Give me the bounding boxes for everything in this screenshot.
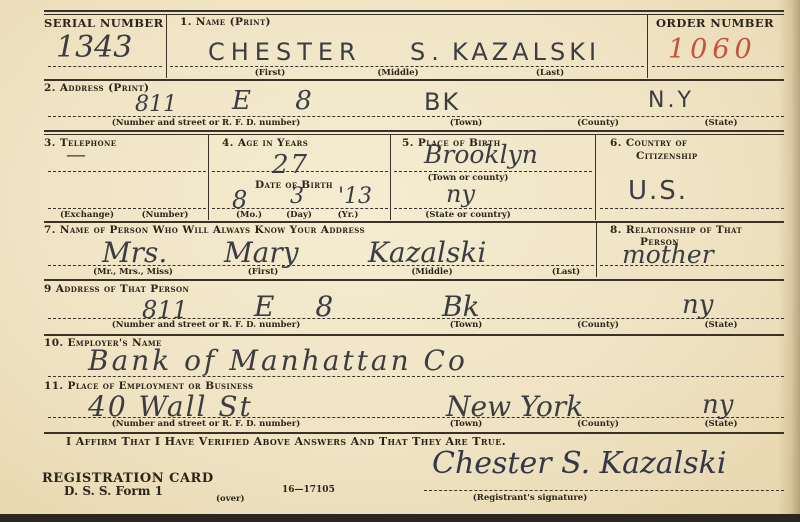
citizenship-value: U.S.: [628, 176, 688, 206]
dotted-line: [394, 171, 592, 172]
dotted-line: [48, 171, 206, 172]
street-sublabel: (Number and street or R. F. D. number): [112, 419, 301, 429]
dotted-line: [48, 208, 206, 209]
serial-number-value: 1343: [56, 30, 132, 65]
signature-line: [424, 490, 784, 491]
divider: [208, 134, 209, 220]
birth-state-value: ny: [446, 180, 475, 208]
middle-name-value: S.: [410, 38, 445, 66]
row-rule: [44, 130, 784, 132]
top-rule-inner: [44, 14, 784, 15]
form-id: D. S. S. Form 1: [64, 484, 163, 498]
serial-number-label: SERIAL NUMBER: [44, 16, 164, 30]
over-note: (over): [216, 494, 245, 504]
state-sublabel: (State): [705, 419, 738, 429]
card-bottom-edge: [0, 514, 800, 522]
signature-sublabel: (Registrant's signature): [473, 493, 587, 503]
birth-town-value: Brooklyn: [424, 140, 538, 169]
contact-person-label: 7. Name of Person Who Will Always Know Y…: [44, 224, 365, 236]
state-sublabel: (State): [705, 118, 738, 128]
title-sublabel: (Mr., Mrs., Miss): [93, 267, 173, 277]
dotted-line: [170, 66, 644, 67]
registrant-signature: Chester S. Kazalski: [432, 446, 726, 481]
year-sublabel: (Yr.): [338, 210, 359, 220]
row-rule: [44, 221, 784, 223]
registration-card: SERIAL NUMBER 1. Name (Print) ORDER NUMB…: [0, 0, 800, 516]
dotted-line: [48, 417, 784, 418]
address-town-value: BK: [424, 88, 460, 116]
first-sublabel: (First): [248, 267, 279, 277]
town-sublabel: (Town): [450, 118, 483, 128]
dotted-line: [212, 171, 388, 172]
day-sublabel: (Day): [286, 210, 312, 220]
number-sublabel: (Number): [142, 210, 189, 220]
row-rule: [44, 432, 784, 434]
month-sublabel: (Mo.): [236, 210, 262, 220]
age-value: 27: [272, 150, 309, 180]
town-sublabel: (Town): [450, 320, 483, 330]
state-sublabel: (State): [705, 320, 738, 330]
dotted-line: [48, 376, 784, 377]
address-street-value: E 8: [232, 86, 330, 116]
dotted-line: [48, 116, 784, 117]
dotted-line: [48, 318, 784, 319]
employment-state-value: ny: [702, 390, 733, 420]
town-sublabel: (Town): [450, 419, 483, 429]
county-sublabel: (County): [577, 118, 619, 128]
divider: [596, 221, 597, 277]
dotted-line: [394, 208, 592, 209]
dotted-line: [48, 265, 594, 266]
first-sublabel: (First): [255, 68, 286, 78]
top-rule: [44, 10, 784, 12]
telephone-value: —: [66, 142, 86, 166]
county-sublabel: (County): [577, 320, 619, 330]
state-or-country-sublabel: (State or country): [425, 210, 511, 220]
address-street-number-value: 811: [135, 92, 177, 117]
divider: [390, 134, 391, 220]
exchange-sublabel: (Exchange): [60, 210, 114, 220]
divider: [595, 134, 596, 220]
dotted-line: [48, 66, 162, 67]
street-sublabel: (Number and street or R. F. D. number): [112, 320, 301, 330]
county-sublabel: (County): [577, 419, 619, 429]
name-label: 1. Name (Print): [180, 16, 271, 28]
contact-state-value: ny: [682, 290, 713, 320]
last-sublabel: (Last): [536, 68, 564, 78]
row-rule: [44, 334, 784, 336]
relationship-label-1: 8. Relationship of That: [610, 224, 742, 236]
divider: [647, 14, 648, 78]
divider: [166, 14, 167, 78]
dotted-line: [600, 208, 784, 209]
row-rule-inner: [44, 134, 784, 135]
employer-value: Bank of Manhattan Co: [88, 344, 468, 377]
middle-sublabel: (Middle): [411, 267, 452, 277]
row-rule: [44, 279, 784, 281]
print-code: 16—17105: [282, 485, 335, 495]
dotted-line: [600, 265, 784, 266]
dotted-line: [212, 208, 388, 209]
age-label: 4. Age in Years: [222, 137, 308, 149]
dob-day-value: 3: [290, 184, 304, 209]
middle-sublabel: (Middle): [377, 68, 418, 78]
first-name-value: CHESTER: [208, 38, 362, 66]
citizenship-label-2: Citizenship: [636, 150, 698, 162]
dotted-line: [652, 66, 784, 67]
order-number-value: 1060: [668, 34, 757, 65]
order-number-label: ORDER NUMBER: [656, 16, 774, 30]
last-name-value: KAZALSKI: [452, 38, 600, 66]
dob-year-value: '13: [338, 184, 372, 209]
address-state-value: N.Y: [648, 88, 694, 113]
street-sublabel: (Number and street or R. F. D. number): [112, 118, 301, 128]
address-label: 2. Address (Print): [44, 82, 149, 94]
last-sublabel: (Last): [552, 267, 580, 277]
citizenship-label-1: 6. Country of: [610, 137, 687, 149]
contact-address-label: 9 Address of That Person: [44, 283, 189, 295]
card-edge-shadow: [778, 0, 800, 516]
row-rule: [44, 79, 784, 81]
